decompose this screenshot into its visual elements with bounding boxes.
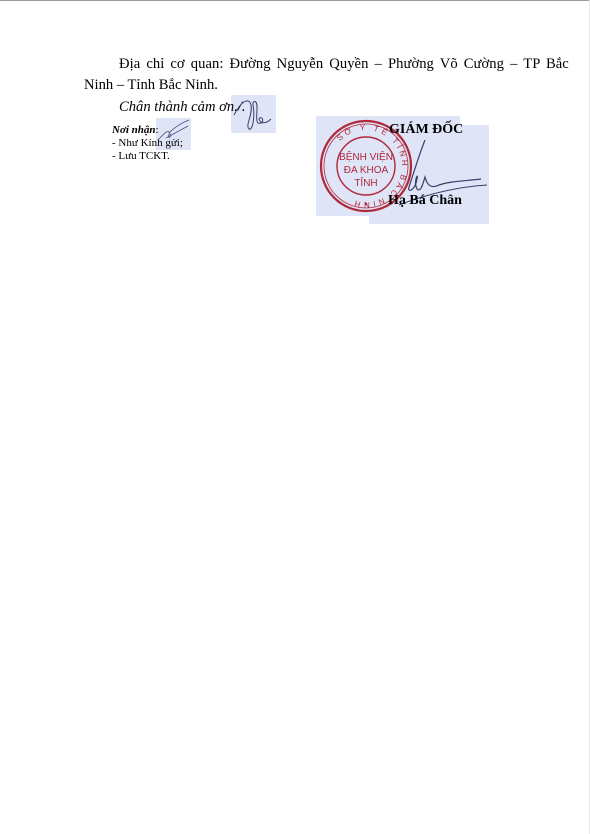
recipient-signature-icon — [156, 118, 191, 150]
recipients-title: Nơi nhận — [112, 124, 156, 136]
address-line-2: Ninh – Tỉnh Bắc Ninh. — [84, 75, 218, 95]
svg-text:TỈNH: TỈNH — [354, 176, 377, 189]
recipient-item: - Lưu TCKT. — [112, 150, 183, 163]
closing-text: Chân thành cảm ơn./. — [119, 97, 246, 117]
address-line-1: Địa chỉ cơ quan: Đường Nguyễn Quyền – Ph… — [119, 54, 569, 74]
svg-text:ĐA KHOA: ĐA KHOA — [344, 165, 389, 176]
initial-signature-icon — [231, 95, 276, 133]
svg-text:BỆNH VIỆN: BỆNH VIỆN — [339, 150, 393, 163]
page-top-border — [0, 0, 590, 1]
signer-name: Hạ Bá Chân — [388, 193, 462, 209]
